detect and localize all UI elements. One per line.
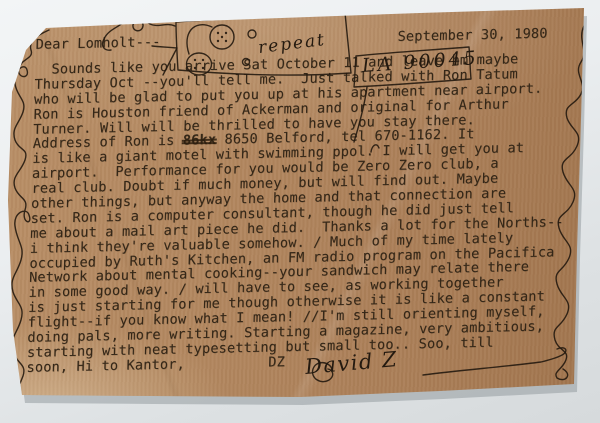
typed-text-block: Dear Lomholt--- September 30, 1980 Sound… [20,18,590,376]
letter-body: Sounds like you arrive Sat October 11 an… [20,51,589,376]
photo-of-typed-letter: Dear Lomholt--- September 30, 1980 Sound… [0,0,600,423]
kraft-postcard: Dear Lomholt--- September 30, 1980 Sound… [0,0,600,423]
strikeout-text: 86kx [183,133,217,149]
salutation: Dear Lomholt--- [35,35,160,53]
date-line: September 30, 1980 [397,27,547,45]
